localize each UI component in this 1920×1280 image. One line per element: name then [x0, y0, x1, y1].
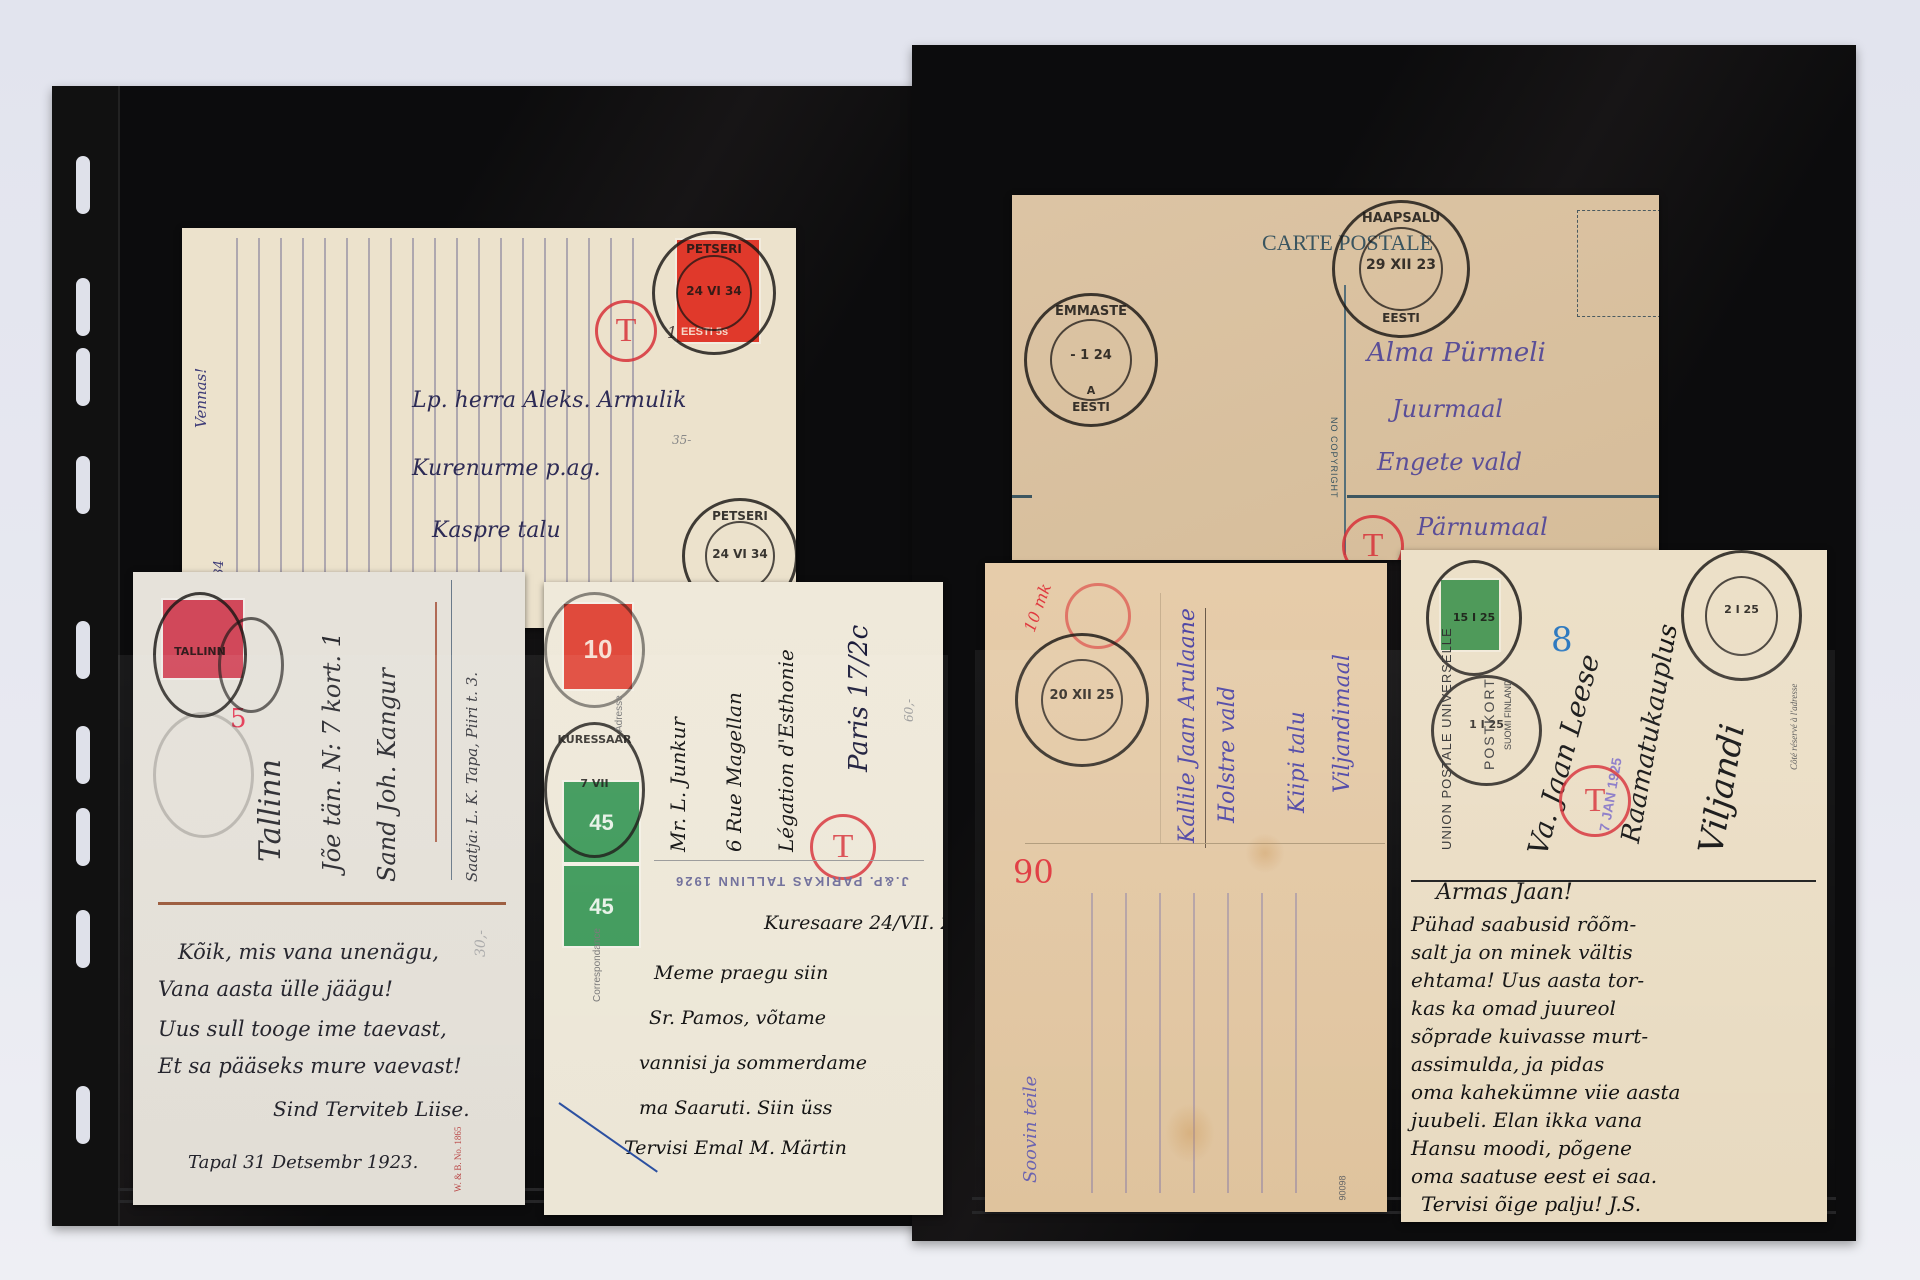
- address-line: Kallile Jaan Arulaane: [1175, 608, 1200, 843]
- binder-strip: [52, 86, 120, 1226]
- publisher-mark: 90098: [1338, 1175, 1348, 1200]
- tax-note: 10 mk: [1020, 581, 1055, 635]
- publisher-mark: W. & B. No. 1865: [453, 1127, 463, 1192]
- message-line: Soovin teile: [1020, 1076, 1041, 1183]
- address-line: Légation d'Esthonie: [774, 649, 798, 852]
- message-line: Vana aasta ülle jäägu!: [158, 977, 393, 1001]
- postcard-petseri: 22.06.34 Vennas! Lp. herra Aleks. Armuli…: [182, 228, 796, 628]
- label-correspondance: Correspondance: [592, 928, 603, 1002]
- sender-line: Saatja: L. K. Tapa, Piiri t. 3.: [463, 672, 481, 882]
- tax-t-mark: T: [1559, 765, 1631, 837]
- address-line: Juurmaal: [1392, 395, 1503, 423]
- message-line: vannisi ja sommerdame: [639, 1052, 867, 1074]
- greeting: Vennas!: [192, 368, 210, 428]
- price-note: 60,-: [902, 699, 916, 722]
- message-line: assimulda, ja pidas: [1411, 1052, 1604, 1076]
- address-line: Kurenurme p.ag.: [412, 456, 601, 481]
- label-cote-reserve: Côté réservé à l'adresse: [1789, 684, 1799, 770]
- tax-t-mark: T: [1342, 515, 1404, 560]
- price-note: 30,-: [473, 930, 489, 957]
- message-line: ma Saaruti. Siin üss: [639, 1097, 832, 1119]
- place-date: Kuresaare 24/VII. 26: [764, 912, 943, 934]
- publisher-imprint: J.&P. PARIKAS TALLINN 1926: [674, 874, 909, 889]
- message-line: Tervisi õige palju! J.S.: [1421, 1192, 1641, 1216]
- label-union-postale: UNION POSTALE UNIVERSELLE: [1439, 627, 1454, 850]
- price-note: 90: [1013, 853, 1054, 891]
- postcard-viljandi: 10 mk 20 XII 25 90 Kallile Jaan Arulaane…: [985, 563, 1387, 1212]
- binder-hole: [76, 348, 90, 406]
- message-line: Pühad saabusid rõõm-: [1411, 912, 1636, 936]
- message-line: Hansu moodi, põgene: [1411, 1136, 1632, 1160]
- binder-hole: [76, 1086, 90, 1144]
- divider-rule: [158, 902, 506, 905]
- message-line: ehtama! Uus aasta tor-: [1411, 968, 1644, 992]
- message-line: sõprade kuivasse murt-: [1411, 1024, 1648, 1048]
- message-line: oma saatuse eest ei saa.: [1411, 1164, 1657, 1188]
- binder-hole: [76, 726, 90, 784]
- postmark-kuressaar: KURESSAAR 7 VII: [544, 722, 645, 858]
- address-line: Kiipi talu: [1285, 711, 1310, 813]
- postmark-viljandi: 20 XII 25: [1015, 633, 1149, 767]
- postcard-jaan: 15 I 25 1 I 25 2 I 25 UNION POSTALE UNIV…: [1401, 550, 1827, 1222]
- address-line: Alma Pürmeli: [1367, 338, 1546, 368]
- address-line: Sand Joh. Kangur: [373, 668, 401, 882]
- message-line: Meme praegu siin: [654, 962, 828, 984]
- address-line: Paris 17/2c: [844, 625, 874, 772]
- postcard-kuresaare: 10 45 45 KURESSAAR 7 VII Adresse Corresp…: [544, 582, 943, 1215]
- address-line: Viljandi: [1691, 721, 1753, 857]
- message-line: oma kahekümne viie aasta: [1411, 1080, 1680, 1104]
- stamp-box: [1577, 210, 1659, 317]
- message-line: Kõik, mis vana unenägu,: [178, 940, 439, 964]
- binder-hole: [76, 808, 90, 866]
- address-line: Holstre vald: [1215, 686, 1240, 823]
- price-note: 35-: [672, 433, 691, 447]
- address-line: Pärnumaal: [1417, 513, 1548, 541]
- address-line: Kaspre talu: [432, 518, 561, 543]
- binder-hole: [76, 156, 90, 214]
- signature: Sind Terviteb Liise.: [273, 1097, 470, 1121]
- binder-hole: [76, 278, 90, 336]
- message-line: Et sa pääseks mure vaevast!: [158, 1054, 462, 1078]
- postmark-petseri-top: PETSERI 24 VI 34: [652, 231, 776, 355]
- message-line: kas ka omad juureol: [1411, 996, 1616, 1020]
- postmark-kreenholm: 2 I 25: [1681, 550, 1802, 681]
- address-line: Jõe tän. N: 7 kort. 1: [318, 632, 346, 872]
- message-line: Sr. Pamos, võtame: [649, 1007, 826, 1029]
- postcard-tallinn: Tallinn Jõe tän. N: 7 kort. 1 Sand Joh. …: [133, 572, 525, 1205]
- postmark-haapsalu: HAAPSALU 29 XII 23 EESTI: [1332, 200, 1470, 338]
- binder-hole: [76, 910, 90, 968]
- binder-hole: [76, 456, 90, 514]
- binder-hole: [76, 621, 90, 679]
- address-line: Tallinn: [253, 759, 288, 862]
- message-text-block: [222, 238, 642, 618]
- postcard-haapsalu: CARTE POSTALE NO COPYRIGHT EMMASTE - 1 2…: [1012, 195, 1659, 560]
- postmark-emmaste: EMMASTE - 1 24 A EESTI: [1024, 293, 1158, 427]
- tax-t-mark: T: [810, 814, 876, 880]
- message-line: juubeli. Elan ikka vana: [1411, 1108, 1642, 1132]
- blue-note: 8: [1551, 620, 1573, 660]
- address-line: Engete vald: [1377, 448, 1522, 476]
- tax-t-mark: T: [595, 300, 657, 362]
- signature: Tervisi Emal M. Märtin: [624, 1137, 847, 1159]
- label-postkort: POSTKORT: [1481, 677, 1497, 770]
- message-line: Uus sull tooge ime taevast,: [158, 1017, 447, 1041]
- message-line: salt ja on minek vältis: [1411, 940, 1633, 964]
- message-line: Armas Jaan!: [1436, 880, 1573, 905]
- address-line: Lp. herra Aleks. Armulik: [412, 388, 686, 413]
- address-line: Viljandimaal: [1330, 654, 1355, 793]
- label-adresse: Adresse: [614, 695, 625, 732]
- no-copyright-label: NO COPYRIGHT: [1329, 417, 1339, 499]
- label-suomi-finland: SUOMI FINLAND: [1503, 679, 1513, 750]
- address-line: Mr. L. Junkur: [666, 717, 690, 852]
- address-line: 6 Rue Magellan: [722, 692, 746, 852]
- place-date: Tapal 31 Detsembr 1923.: [188, 1152, 418, 1173]
